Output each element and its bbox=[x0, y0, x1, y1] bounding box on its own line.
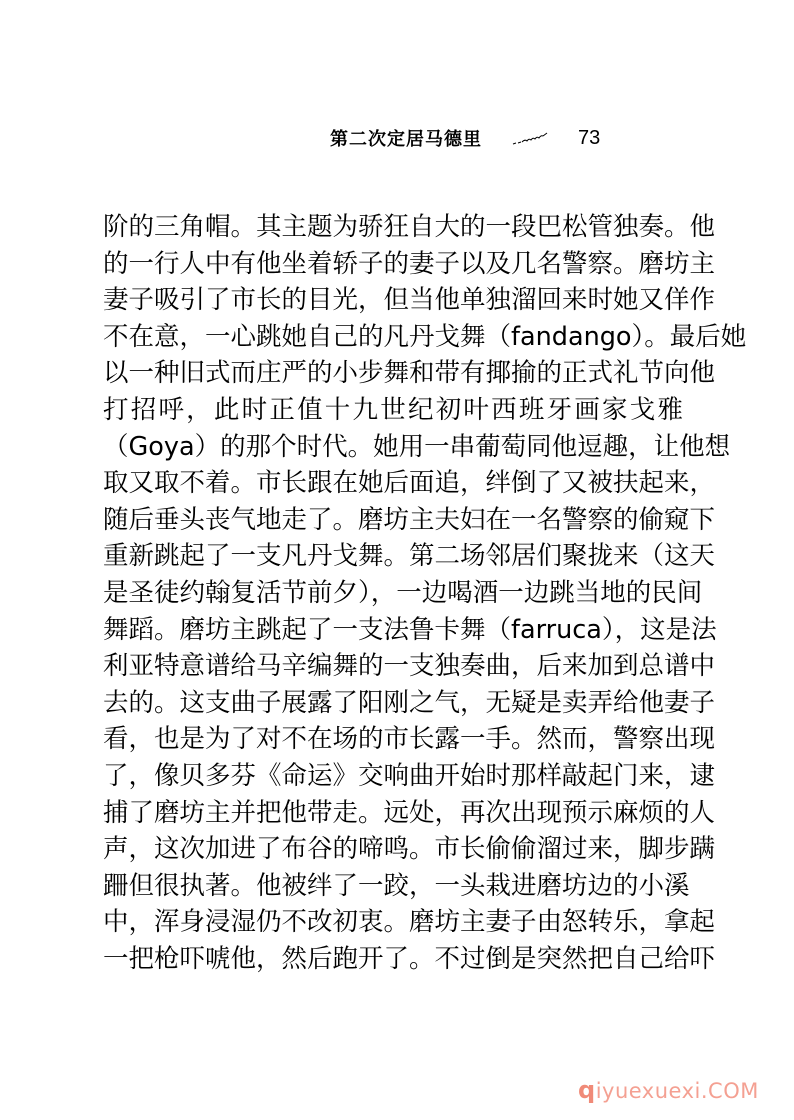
running-head: 第二次定居马德里 73 bbox=[330, 122, 660, 154]
text-line: 一把枪吓唬他，然后跑开了。不过倒是突然把自己给吓 bbox=[103, 941, 683, 978]
text-line: 不在意，一心跳她自己的凡丹戈舞（fandango）。最后她 bbox=[103, 319, 683, 356]
chapter-title: 第二次定居马德里 bbox=[330, 125, 482, 151]
text-line: 重新跳起了一支凡丹戈舞。第二场邻居们聚拢来（这天 bbox=[103, 538, 683, 575]
watermark-logo-q: q bbox=[578, 1076, 596, 1104]
text-line: 是圣徒约翰复活节前夕），一边喝酒一边跳当地的民间 bbox=[103, 575, 683, 612]
text-line: 阶的三角帽。其主题为骄狂自大的一段巴松管独奏。他 bbox=[103, 209, 683, 246]
body-text: 阶的三角帽。其主题为骄狂自大的一段巴松管独奏。他 的一行人中有他坐着轿子的妻子以… bbox=[103, 209, 683, 977]
text-line: 以一种旧式而庄严的小步舞和带有揶揄的正式礼节向他 bbox=[103, 355, 683, 392]
watermark-text: iyuexuexi.COM bbox=[596, 1079, 759, 1103]
text-line: 看，也是为了对不在场的市长露一手。然而，警察出现 bbox=[103, 721, 683, 758]
text-line: 利亚特意谱给马辛编舞的一支独奏曲，后来加到总谱中 bbox=[103, 648, 683, 685]
text-line: 随后垂头丧气地走了。磨坊主夫妇在一名警察的偷窥下 bbox=[103, 502, 683, 539]
text-line: 妻子吸引了市长的目光，但当他单独溜回来时她又佯作 bbox=[103, 282, 683, 319]
text-line: 声，这次加进了布谷的啼鸣。市长偷偷溜过来，脚步蹒 bbox=[103, 831, 683, 868]
text-line: 中，浑身浸湿仍不改初衷。磨坊主妻子由怒转乐，拿起 bbox=[103, 904, 683, 941]
text-line: 跚但很执著。他被绊了一跤，一头栽进磨坊边的小溪 bbox=[103, 868, 683, 905]
text-line: 的一行人中有他坐着轿子的妻子以及几名警察。磨坊主 bbox=[103, 246, 683, 283]
page-number: 73 bbox=[578, 127, 600, 150]
text-line: 去的。这支曲子展露了阳刚之气，无疑是卖弄给他妻子 bbox=[103, 685, 683, 722]
text-line: 取又取不着。市长跟在她后面追，绊倒了又被扶起来， bbox=[103, 465, 683, 502]
watermark: qiyuexuexi.COM bbox=[578, 1076, 759, 1104]
text-line: （Goya）的那个时代。她用一串葡萄同他逗趣，让他想 bbox=[103, 429, 683, 466]
text-line: 了，像贝多芬《命运》交响曲开始时那样敲起门来，逮 bbox=[103, 758, 683, 795]
flourish-ornament-icon bbox=[512, 131, 548, 145]
text-line: 打招呼，此时正值十九世纪初叶西班牙画家戈雅 bbox=[103, 392, 683, 429]
text-line: 舞蹈。磨坊主跳起了一支法鲁卡舞（farruca），这是法 bbox=[103, 612, 683, 649]
text-line: 捕了磨坊主并把他带走。远处，再次出现预示麻烦的人 bbox=[103, 795, 683, 832]
